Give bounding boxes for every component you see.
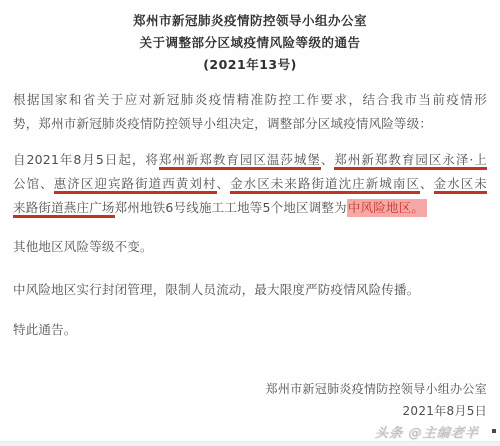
- signature-block: 郑州市新冠肺炎疫情防控领导小组办公室 2021年8月5日: [13, 378, 487, 422]
- separator-comma: 、: [420, 176, 434, 191]
- risk-level-highlight: 中风险地区。: [347, 199, 427, 217]
- underlined-area-yongze: 郑州新郑教育园区永泽·上: [334, 152, 487, 170]
- adjustment-date-text: 自2021年8月5日起，将: [13, 152, 159, 167]
- bottom-edge-strip: [0, 441, 500, 446]
- paragraph-adjustment-line-2: 公馆、惠济区迎宾路街道西黄刘村、金水区未来路街道沈庄新城南区、金水区未: [13, 172, 487, 196]
- underlined-area-shenzhuang: 金水区未来路街道沈庄新城南区: [230, 176, 420, 194]
- paragraph-adjustment-line-3: 来路街道燕庄广场郑州地铁6号线施工工地等5个地区调整为中风险地区。: [13, 196, 487, 220]
- paragraph-basis: 根据国家和省关于应对新冠肺炎疫情精准防控工作要求，结合我市当前疫情形 势，郑州市…: [13, 88, 487, 136]
- paragraph-adjustment: 自2021年8月5日起，将郑州新郑教育园区温莎城堡、郑州新郑教育园区永泽·上 公…: [13, 148, 487, 220]
- paragraph-closing: 特此通告。: [13, 318, 487, 342]
- signature-org: 郑州市新冠肺炎疫情防控领导小组办公室: [13, 378, 487, 400]
- metro-worksite-text: 郑州地铁6号线施工工地等5个地区调整为: [115, 200, 347, 215]
- underlined-area-yanzhuang: 来路街道燕庄广场: [13, 200, 115, 218]
- paragraph-basis-line-2: 势，郑州市新冠肺炎疫情防控领导小组决定，调整部分区域疫情风险等级：: [13, 112, 487, 136]
- area-yongze-tail-text: 公馆、: [13, 176, 54, 191]
- signature-date: 2021年8月5日: [13, 400, 487, 422]
- title-line-subject: 关于调整部分区域疫情风险等级的通告: [13, 32, 487, 54]
- paragraph-control-measures: 中风险地区实行封闭管理，限制人员流动，最大限度严防疫情风险传播。: [13, 278, 487, 302]
- tiny-dot-mark: [492, 429, 496, 433]
- underlined-area-xihuangliu: 惠济区迎宾路街道西黄刘村: [54, 176, 217, 194]
- separator-comma: 、: [321, 152, 335, 167]
- title-line-org: 郑州市新冠肺炎疫情防控领导小组办公室: [13, 10, 487, 32]
- notice-content: 郑州市新冠肺炎疫情防控领导小组办公室 关于调整部分区域疫情风险等级的通告 (20…: [0, 0, 500, 445]
- notice-title: 郑州市新冠肺炎疫情防控领导小组办公室 关于调整部分区域疫情风险等级的通告 (20…: [13, 10, 487, 76]
- paragraph-basis-line-1: 根据国家和省关于应对新冠肺炎疫情精准防控工作要求，结合我市当前疫情形: [13, 88, 487, 112]
- paragraph-other-areas: 其他地区风险等级不变。: [13, 235, 487, 259]
- underlined-area-windsor-castle: 郑州新郑教育园区温莎城堡: [159, 152, 321, 170]
- notice-page: 郑州市新冠肺炎疫情防控领导小组办公室 关于调整部分区域疫情风险等级的通告 (20…: [0, 0, 500, 446]
- paragraph-adjustment-line-1: 自2021年8月5日起，将郑州新郑教育园区温莎城堡、郑州新郑教育园区永泽·上: [13, 148, 487, 172]
- title-doc-number: (2021年13号): [13, 54, 487, 76]
- underlined-area-jinshui-head: 金水区未: [434, 176, 487, 194]
- separator-comma: 、: [217, 176, 231, 191]
